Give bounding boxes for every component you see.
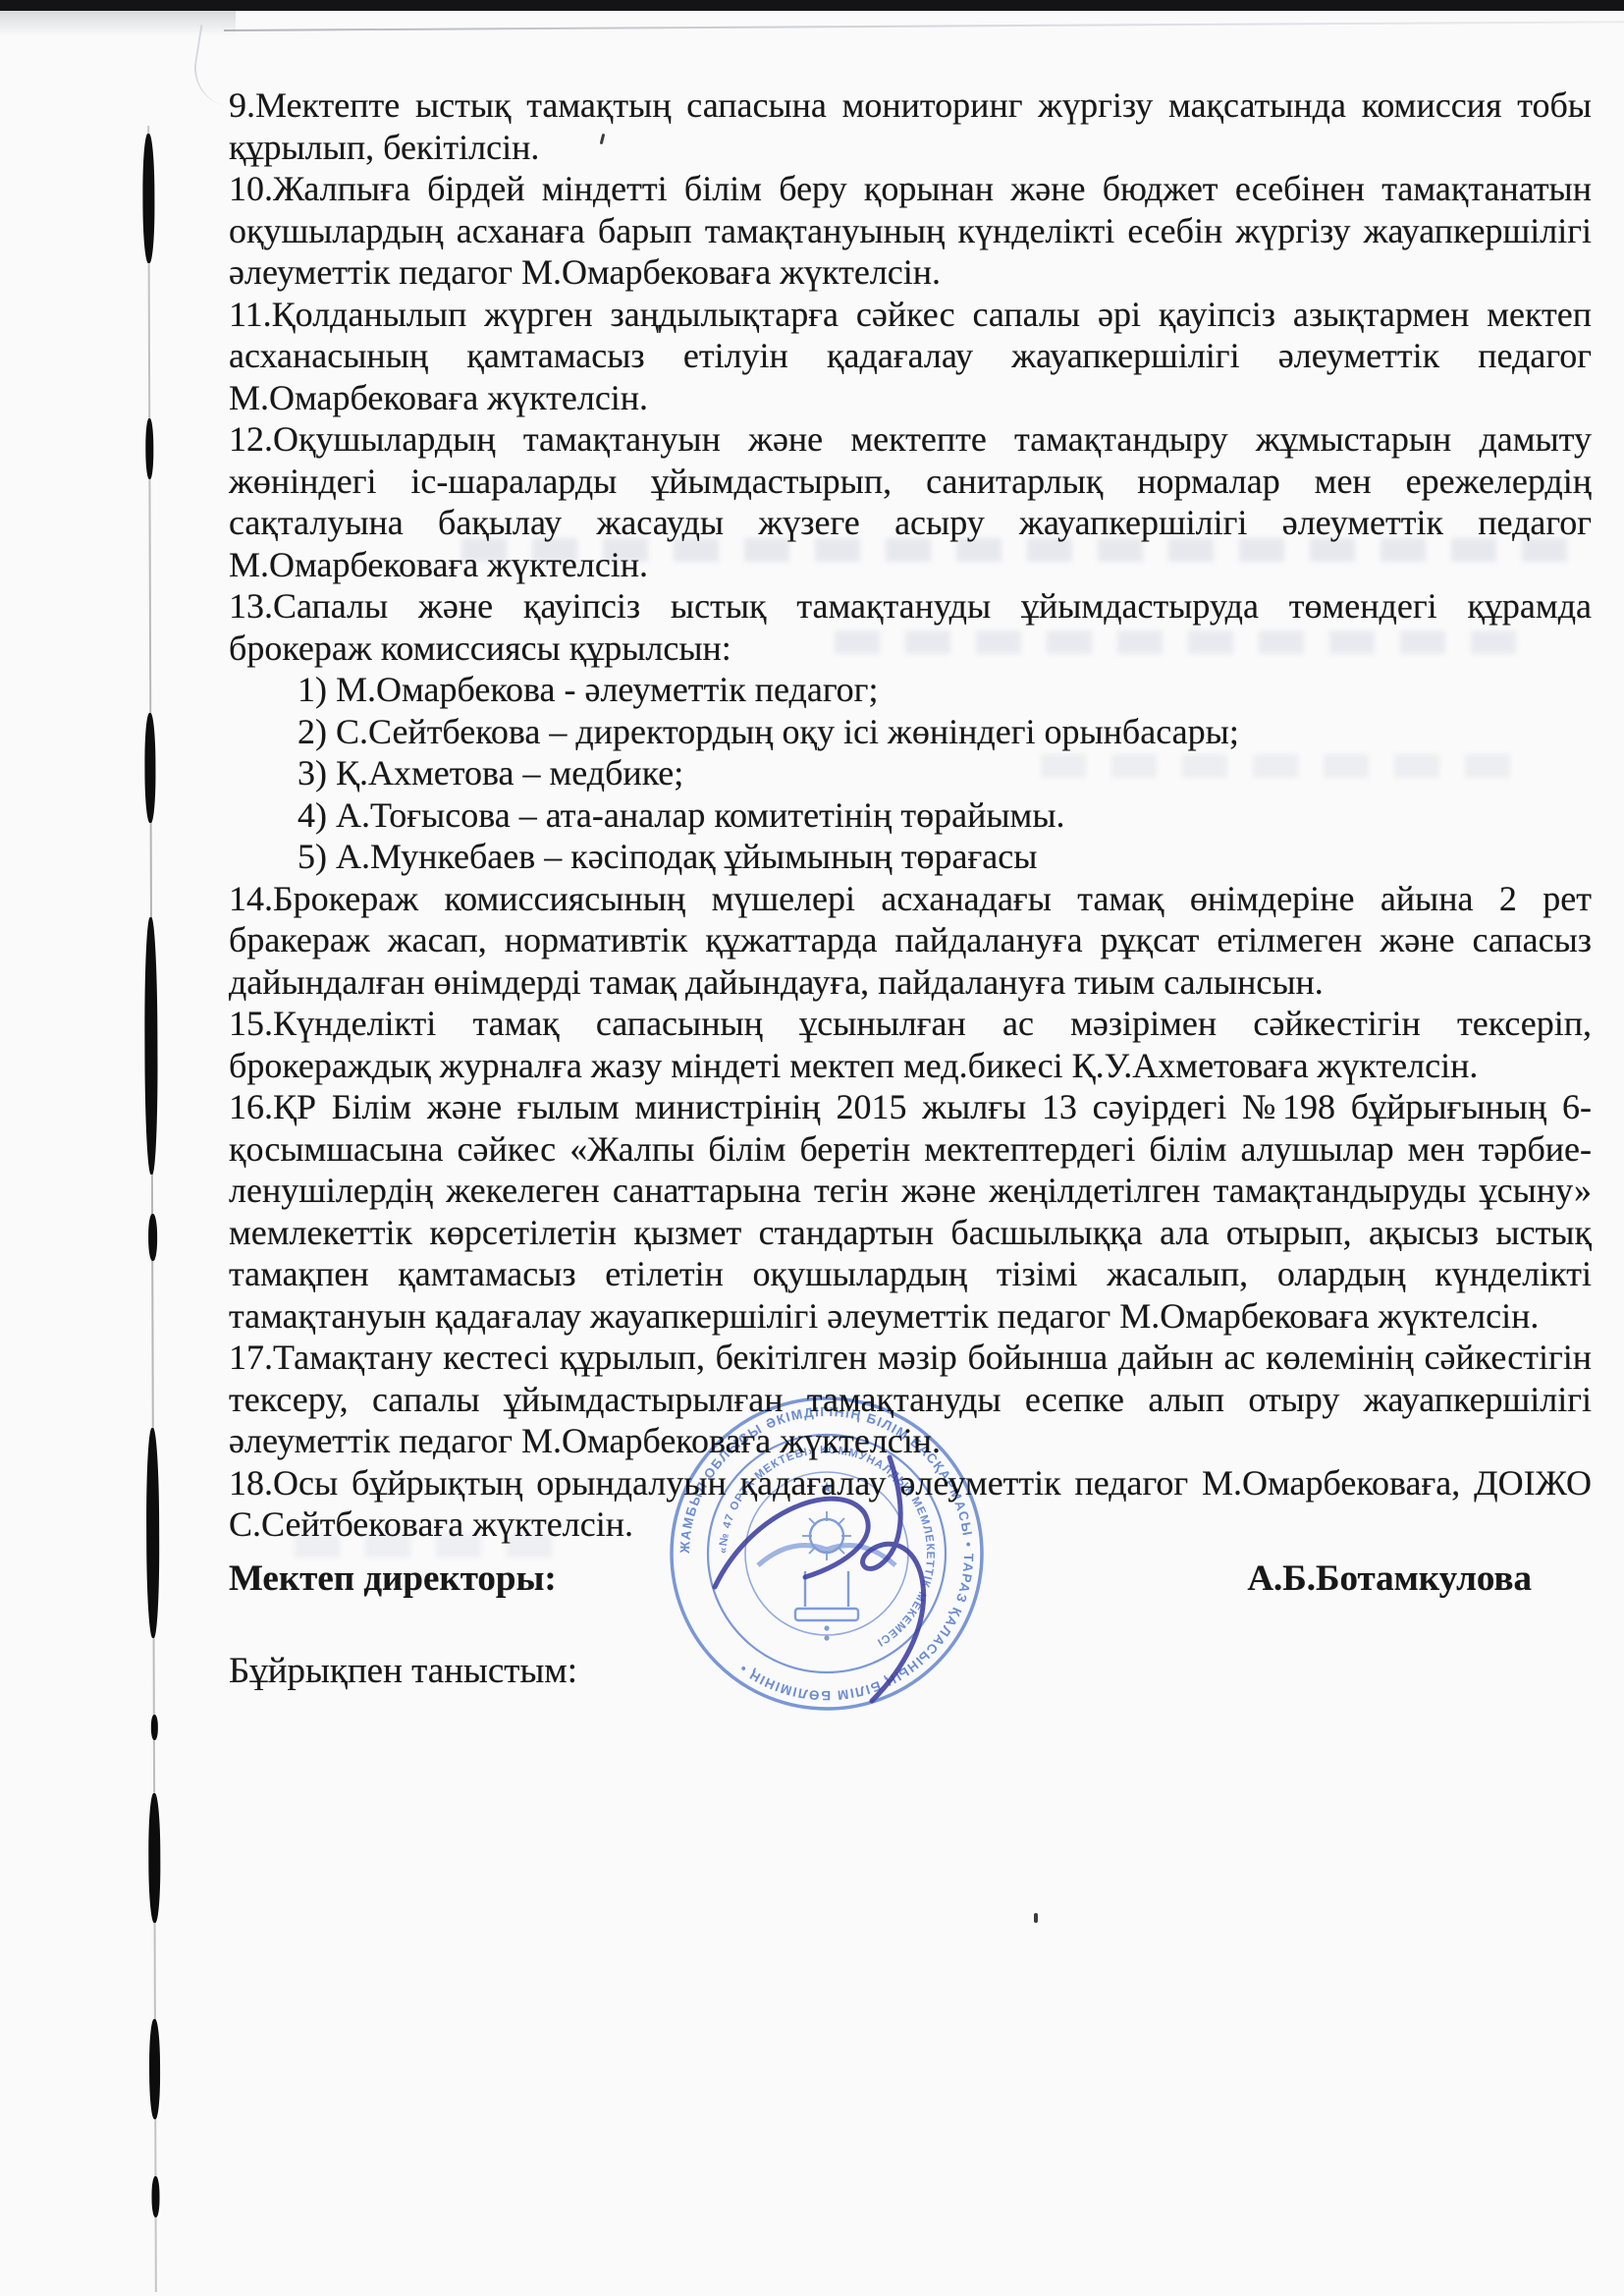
acknowledge-label: Бұйрықпен таныстым:	[229, 1651, 577, 1691]
director-name: А.Б.Ботамкулова	[1247, 1558, 1532, 1600]
binding-blob	[144, 917, 158, 1175]
order-paragraph: 14.Брокераж комиссиясының мүшелері асхан…	[229, 878, 1592, 1004]
order-paragraph: 13.Сапалы және қауіпсіз ыстық тамақтануд…	[229, 585, 1592, 669]
order-paragraph: 12.Оқушылардың тамақтануын және мектепте…	[229, 418, 1592, 585]
acknowledgement-row: Бұйрықпен таныстым:	[229, 1650, 577, 1692]
order-paragraph: 3) Қ.Ахметова – медбике;	[229, 752, 1592, 794]
stamp-emblem	[758, 1511, 895, 1641]
order-paragraph: 11.Қолданылып жүрген заңдылықтарға сәйке…	[229, 294, 1592, 419]
official-stamp: ЖАМБЫЛ ОБЛЫСЫ ӘКІМДІГІНІҢ БІЛІМ БАСҚАРМА…	[656, 1383, 998, 1724]
scan-diagonal-line	[224, 21, 1624, 31]
order-paragraph: 2) С.Сейтбекова – директордың оқу ісі жө…	[229, 711, 1592, 753]
scanned-document-page: 9.Мектепте ыстық тамақтың сапасына монит…	[0, 0, 1624, 2296]
order-paragraph: 9.Мектепте ыстық тамақтың сапасына монит…	[229, 84, 1592, 168]
stamp-star-icon: ★	[820, 1480, 834, 1497]
order-paragraph: 16.ҚР Білім және ғылым министрінің 2015 …	[229, 1086, 1592, 1337]
binding-blob	[144, 713, 155, 823]
order-paragraph: 10.Жалпыға бірдей міндетті білім беру қо…	[229, 168, 1592, 294]
order-paragraph: 5) А.Мункебаев – кәсіподақ ұйымының төра…	[229, 836, 1592, 878]
director-label: Мектеп директоры:	[229, 1558, 557, 1600]
binding-blob	[145, 418, 153, 479]
ink-speck	[1034, 1913, 1038, 1923]
order-paragraph: 15.Күнделікті тамақ сапасының ұсынылған …	[229, 1003, 1592, 1086]
document-body: 9.Мектепте ыстық тамақтың сапасына монит…	[229, 84, 1592, 1546]
order-paragraph: 1) М.Омарбекова - әлеуметтік педагог;	[229, 669, 1592, 711]
binding-blob	[148, 1793, 160, 1923]
binding-artifact-left	[137, 126, 167, 2292]
scan-edge-artifact-top	[0, 0, 1624, 11]
binding-blob	[146, 1428, 160, 1638]
binding-blob	[148, 1214, 157, 1261]
binding-blob	[142, 134, 154, 263]
order-paragraph: 4) А.Тоғысова – ата-аналар комитетінің т…	[229, 794, 1592, 837]
binding-blob	[151, 1715, 158, 1740]
binding-blob	[151, 2176, 159, 2217]
binding-blob	[149, 2019, 160, 2119]
